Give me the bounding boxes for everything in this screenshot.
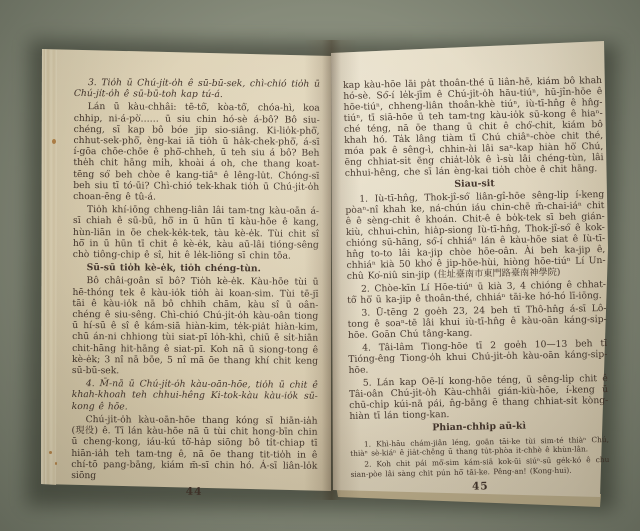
book-gutter-shadow	[304, 40, 360, 500]
news-item-3: 3. Ū-tēng 2 goe̍h 23, 24 beh tī Thô-hn̂g…	[347, 303, 607, 341]
left-paragraph-2: Tio̍h khí-iōng chheng-liân lâi tam-tng k…	[73, 204, 319, 262]
open-book-photo: 3. Tio̍h ū Chú-ji̍t-o̍h ê sū-bū-sek, chì…	[0, 0, 640, 531]
foxing-spot	[55, 462, 57, 465]
section-3-heading: 3. Tio̍h ū Chú-ji̍t-o̍h ê sū-bū-sek, chì…	[74, 77, 320, 101]
left-page-text: 3. Tio̍h ū Chú-ji̍t-o̍h ê sū-bū-sek, chì…	[71, 77, 320, 499]
right-page-text: kap kàu-hōe lāi pa̍t thoân-thé ū liân-hē…	[343, 75, 610, 495]
section-4-heading: 4. M̄-nā ū Chú-ji̍t-o̍h kàu-oān-hōe, tio…	[72, 378, 318, 413]
left-paragraph-3: Bô châi-goân sī bô? Tio̍h kè-e̍k. Kàu-hō…	[72, 275, 319, 378]
bold-subheading: Sū-sū tio̍h kè-e̍k, tio̍h chéng-tùn.	[73, 262, 319, 275]
left-paragraph-4: Chú-ji̍t-o̍h kàu-oān-hōe thang kóng sī h…	[71, 414, 317, 483]
foxing-spot	[52, 139, 56, 144]
postscript-note-1: 1. Khì-hāu chám-jiân léng, goān tāi-ke t…	[350, 435, 609, 458]
postscript-note-2: 2. Koh chit pái mō͘-sim kám-siā kok-ūi s…	[350, 455, 609, 478]
news-item-5: 5. Lán kap Oē-lí kong-hōe téng, ū sêng-l…	[349, 373, 609, 422]
news-item-4: 4. Tâi-lâm Tiong-hōe tī 2 goe̍h 10—13 be…	[348, 338, 608, 376]
foxing-spot	[49, 451, 52, 454]
continuation-paragraph: kap kàu-hōe lāi pa̍t thoân-thé ū liân-hē…	[343, 75, 604, 179]
news-item-2: 2. Chòe-kīn Lí Hōe-tiúⁿ ū kià 3, 4 chión…	[347, 279, 606, 306]
news-item-1: 1. Iù-tī-hn̂g, Thok-jî-só͘ liân-gî-hōe s…	[345, 189, 606, 282]
left-paragraph-1: Lán ū kàu-chhâi: tē-tô͘, kòa-tô͘, chóa-h…	[73, 101, 320, 204]
page-number-left: 44	[71, 486, 317, 499]
